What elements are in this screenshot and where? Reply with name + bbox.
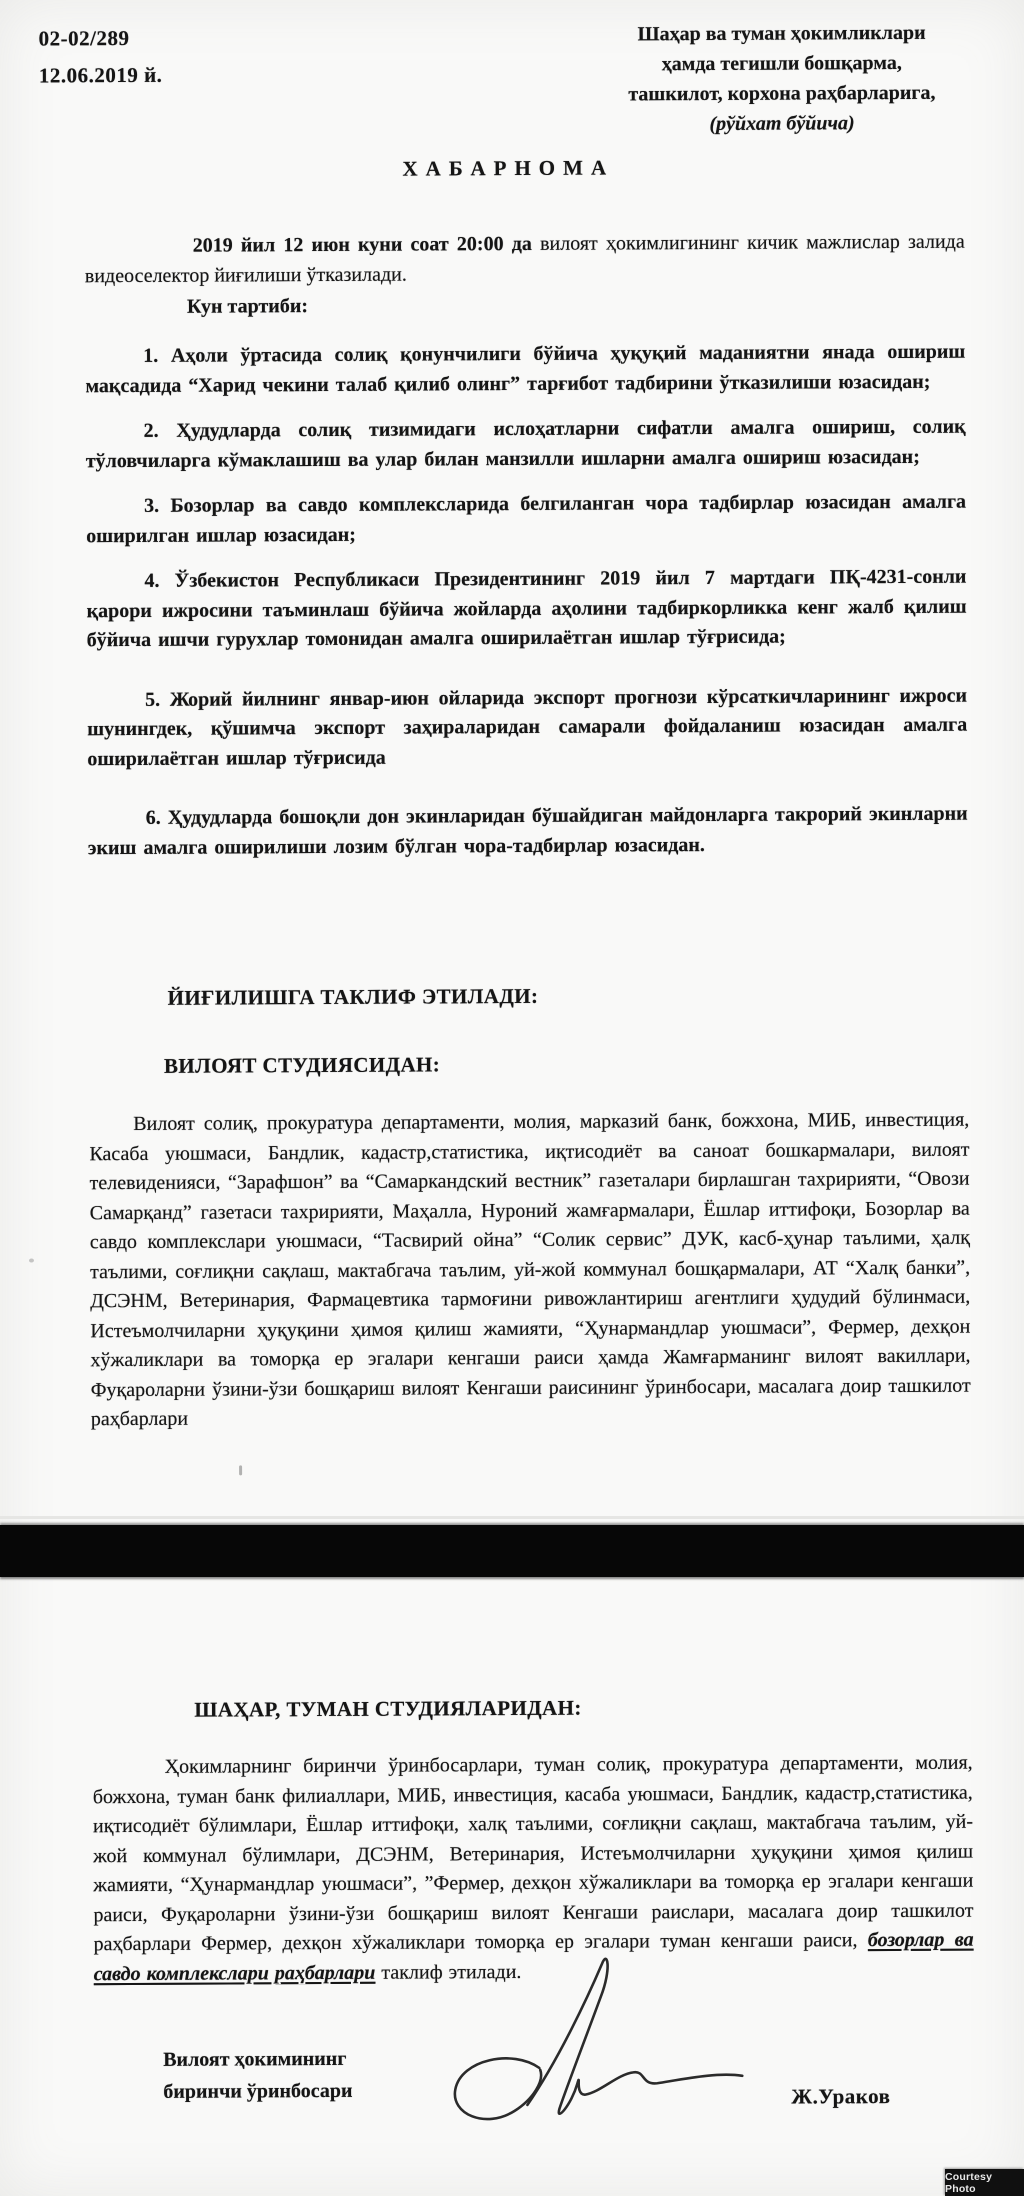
addressee-block: Шаҳар ва туман ҳокимликлари ҳамда тегишл… [608, 18, 957, 140]
agenda-item-5: 5. Жорий йилнинг январ-июн ойларида эксп… [87, 681, 967, 774]
courtesy-photo-watermark: Courtesy Photo [945, 2169, 1024, 2196]
agenda-item-1: 1. Аҳоли ўртасида солиқ қонунчилиги бўйи… [85, 338, 965, 402]
scan-artifact-band [0, 1525, 1024, 1577]
city-paragraph-text: Ҳокимларнинг биринчи ўринбосарлари, тума… [93, 1752, 974, 1956]
reference-number: 02-02/289 [39, 20, 163, 58]
signatory-role-line: биринчи ўринбосари [163, 2075, 352, 2108]
agenda-item-6: 6. Ҳудудларда бошоқли дон экинларидан бў… [88, 800, 968, 864]
intro-bold-text: 2019 йил 12 июн куни соат 20:00 да [193, 233, 532, 257]
scan-noise-mark [239, 1465, 242, 1475]
city-district-heading: ШАҲАР, ТУМАН СТУДИЯЛАРИДАН: [194, 1696, 582, 1723]
scanned-document-page: 02-02/289 12.06.2019 й. Шаҳар ва туман ҳ… [0, 0, 1024, 2196]
reference-date: 12.06.2019 й. [39, 57, 163, 95]
intro-paragraph: 2019 йил 12 июн куни соат 20:00 да вилоя… [85, 228, 965, 292]
document-title: ХАБАРНОМА [0, 153, 1020, 183]
province-studio-heading: ВИЛОЯТ СТУДИЯСИДАН: [164, 1052, 440, 1078]
signatory-role-line: Вилоят ҳокимининг [163, 2043, 352, 2076]
agenda-heading: Кун тартиби: [187, 295, 308, 319]
reference-block: 02-02/289 12.06.2019 й. [39, 20, 163, 95]
addressee-note: (рўйхат бўйича) [608, 108, 956, 140]
signatory-name: Ж.Ураков [791, 2084, 890, 2110]
agenda-item-4: 4. Ўзбекистон Республикаси Президентинин… [86, 563, 966, 656]
signature-handwriting [431, 1932, 752, 2134]
scan-noise-mark [29, 1259, 34, 1263]
scan-streak [0, 1516, 1024, 1519]
agenda-item-3: 3. Бозорлар ва савдо комплексларида белг… [86, 488, 966, 552]
addressee-line: ҳамда тегишли бошқарма, [608, 48, 956, 80]
invite-heading: ЙИҒИЛИШГА ТАКЛИФ ЭТИЛАДИ: [168, 984, 539, 1011]
document-content: 02-02/289 12.06.2019 й. Шаҳар ва туман ҳ… [0, 0, 1024, 2196]
agenda-list: 1. Аҳоли ўртасида солиқ қонунчилиги бўйи… [85, 338, 968, 880]
province-studio-paragraph: Вилоят солиқ, прокуратура департаменти, … [89, 1106, 971, 1435]
agenda-item-2: 2. Ҳудудларда солиқ тизимидаги ислоҳатла… [86, 413, 966, 477]
addressee-line: Шаҳар ва туман ҳокимликлари [608, 18, 956, 50]
addressee-line: ташкилот, корхона раҳбарларига, [608, 78, 956, 110]
signatory-role: Вилоят ҳокимининг биринчи ўринбосари [163, 2043, 353, 2108]
